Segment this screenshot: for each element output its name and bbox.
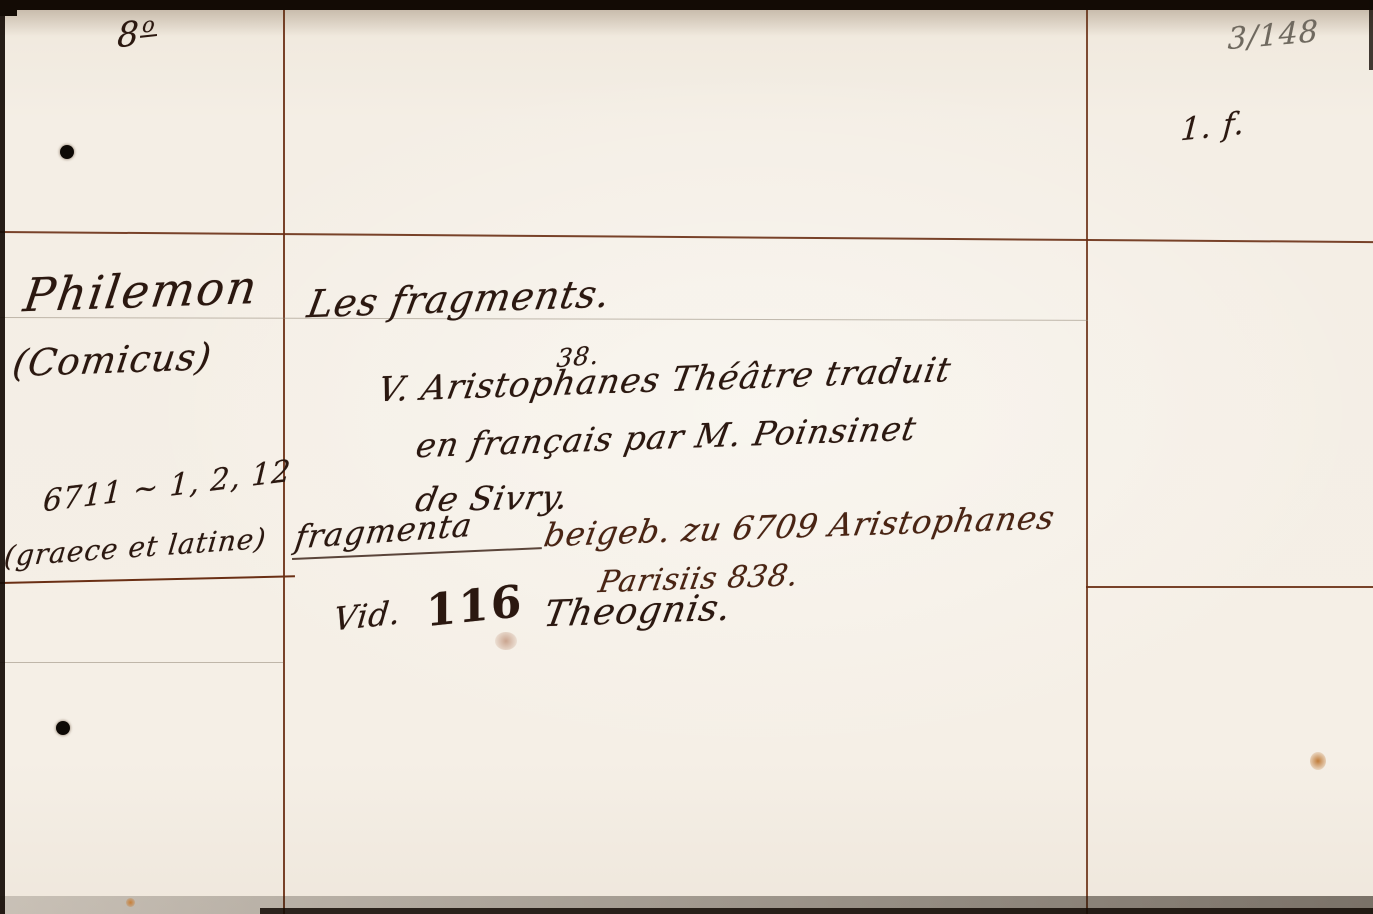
fragmenta-label: fragmenta <box>293 506 476 557</box>
ink-corner-note: 1. f. <box>1179 105 1246 148</box>
scan-edge-top <box>0 0 1373 10</box>
scan-corner-top-left <box>0 0 17 16</box>
punch-hole-top <box>60 145 74 159</box>
pencil-folio-number: 3/148 <box>1227 14 1319 57</box>
vertical-rule-right <box>1086 8 1088 914</box>
catalog-card-scan: 8o 3/148 1. f. Philemon (Comicus) 6711 ~… <box>0 0 1373 914</box>
reference-line2: en français par M. Poinsinet <box>413 409 920 466</box>
horizontal-rule-top <box>0 231 1373 243</box>
author-name: Philemon <box>20 260 262 322</box>
vide-target: Theognis. <box>541 587 735 635</box>
reference-line1: V. Aristophanes Théâtre traduit <box>375 350 955 410</box>
format-mark-superscript: o <box>140 14 158 37</box>
binding-note: beigeb. zu 6709 Aristophanes <box>541 498 1058 554</box>
author-epithet: (Comicus) <box>10 335 215 385</box>
faint-rule-left-column <box>0 662 283 663</box>
scan-edge-right-top <box>1369 0 1373 70</box>
shelfmark-line2: (graece et latine) <box>2 522 268 574</box>
vide-label: Vid. <box>332 593 403 639</box>
horizontal-rule-right-cell <box>1086 586 1373 588</box>
punch-hole-bottom <box>56 721 70 735</box>
scan-shadow-top <box>0 10 1373 36</box>
ink-stain-under-116 <box>495 632 517 650</box>
scan-edge-left <box>0 0 5 914</box>
scan-edge-bottom <box>260 908 1373 914</box>
shelfmark-line1: 6711 ~ 1, 2, 12 <box>42 454 292 520</box>
format-mark-base: 8 <box>117 14 141 57</box>
format-mark-octavo: 8o <box>117 12 159 57</box>
rust-spot-bottom-left <box>126 898 135 907</box>
rust-spot-right <box>1310 752 1326 770</box>
horizontal-rule-left-cell <box>0 575 295 584</box>
vide-number: 116 <box>426 576 523 638</box>
